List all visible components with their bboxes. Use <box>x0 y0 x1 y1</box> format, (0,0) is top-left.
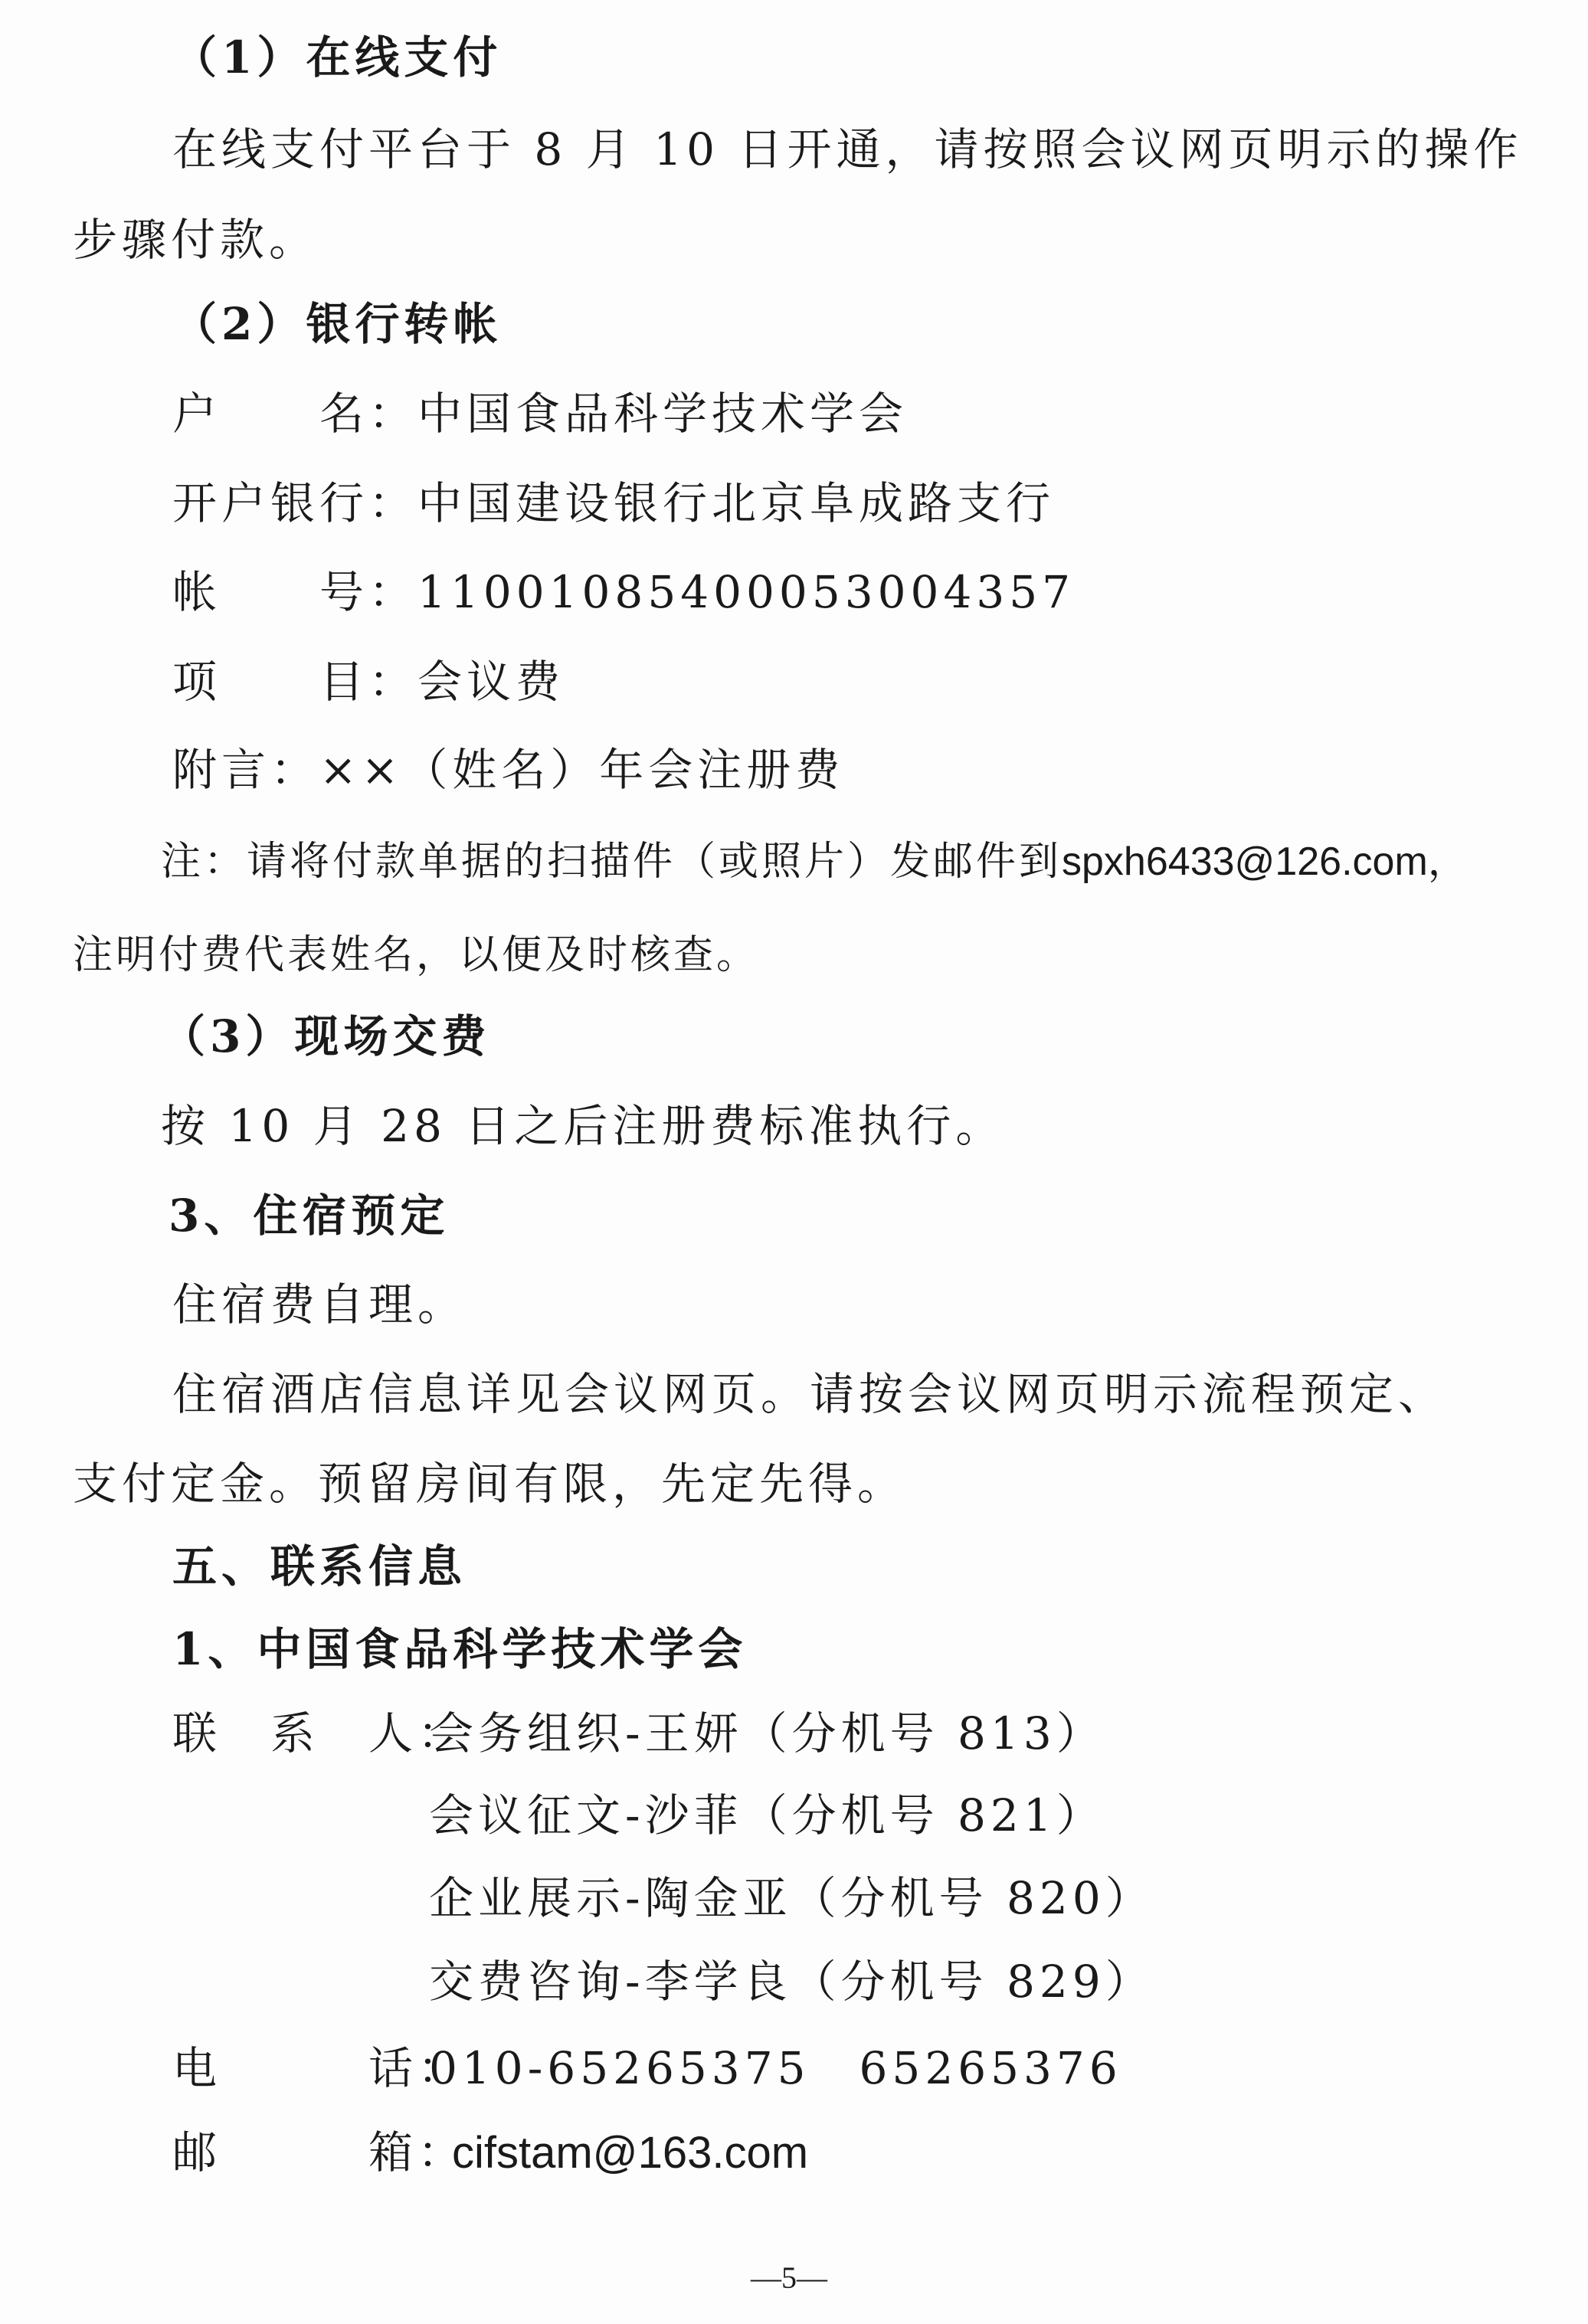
phone-row: 电 话：010-65265375 65265376 <box>172 2041 1122 2095</box>
bank-field-item: 项 目：会议费 <box>172 655 565 709</box>
contact-org-heading: 1、中国食品科学技术学会 <box>172 1622 747 1676</box>
field-value: ××（姓名）年会注册费 <box>319 743 844 797</box>
phone-value: 010-65265375 65265376 <box>429 2041 1122 2095</box>
contact-entry: 交费咨询-李学良（分机号 829） <box>429 1955 1154 2008</box>
email-label: 邮 箱： <box>172 2126 452 2179</box>
online-payment-heading: （1）在线支付 <box>172 31 502 84</box>
contact-entry: 会议征文-沙菲（分机号 821） <box>429 1789 1105 1842</box>
phone-label: 电 话： <box>172 2041 429 2095</box>
note-email-link[interactable]: spxh6433@126.com， <box>1062 840 1468 884</box>
lodging-heading: 3、住宿预定 <box>169 1189 449 1242</box>
contact-section-heading: 五、联系信息 <box>172 1540 467 1593</box>
onsite-payment-heading: （3）现场交费 <box>161 1010 490 1063</box>
note-text: 注：请将付款单据的扫描件（或照片）发邮件到 <box>161 839 1062 885</box>
lodging-text2-line2: 支付定金。预留房间有限，先定先得。 <box>73 1457 906 1511</box>
lodging-text2-line1: 住宿酒店信息详见会议网页。请按会议网页明示流程预定、 <box>172 1367 1447 1421</box>
contact-entry: 会务组织-王妍（分机号 813） <box>429 1707 1105 1760</box>
online-payment-text-line2: 步骤付款。 <box>73 213 318 267</box>
email-link[interactable]: cifstam@163.com <box>452 2126 808 2180</box>
contacts-label: 联 系 人： <box>172 1707 429 1760</box>
field-value: 会议费 <box>417 655 565 709</box>
payment-note-line2: 注明付费代表姓名，以便及时核查。 <box>73 928 759 982</box>
field-value: 中国食品科学技术学会 <box>417 387 908 440</box>
page-number: —5— <box>751 2260 827 2296</box>
bank-field-remark: 附言：××（姓名）年会注册费 <box>172 743 844 797</box>
field-label: 附言： <box>172 743 319 797</box>
field-label: 帐 号： <box>172 565 417 619</box>
field-value: 11001085400053004357 <box>417 565 1075 619</box>
field-label: 户 名： <box>172 387 417 440</box>
contacts-row-0: 联 系 人：会务组织-王妍（分机号 813） <box>172 1707 1105 1760</box>
field-value: 中国建设银行北京阜成路支行 <box>417 476 1055 530</box>
bank-transfer-heading: （2）银行转帐 <box>172 297 502 351</box>
contact-entry: 企业展示-陶金亚（分机号 820） <box>429 1871 1154 1925</box>
email-row: 邮 箱：cifstam@163.com <box>172 2126 808 2180</box>
onsite-payment-text: 按 10 月 28 日之后注册费标准执行。 <box>161 1099 1004 1153</box>
field-label: 项 目： <box>172 655 417 709</box>
bank-field-account-number: 帐 号：11001085400053004357 <box>172 565 1075 619</box>
bank-field-account-name: 户 名：中国食品科学技术学会 <box>172 387 908 440</box>
lodging-text1: 住宿费自理。 <box>172 1278 467 1331</box>
document-page: （1）在线支付 在线支付平台于 8 月 10 日开通，请按照会议网页明示的操作 … <box>0 0 1588 2324</box>
payment-note-line1: 注：请将付款单据的扫描件（或照片）发邮件到spxh6433@126.com， <box>161 835 1468 889</box>
field-label: 开户银行： <box>172 476 417 530</box>
bank-field-bank-name: 开户银行：中国建设银行北京阜成路支行 <box>172 476 1055 530</box>
online-payment-text-line1: 在线支付平台于 8 月 10 日开通，请按照会议网页明示的操作 <box>172 123 1522 176</box>
